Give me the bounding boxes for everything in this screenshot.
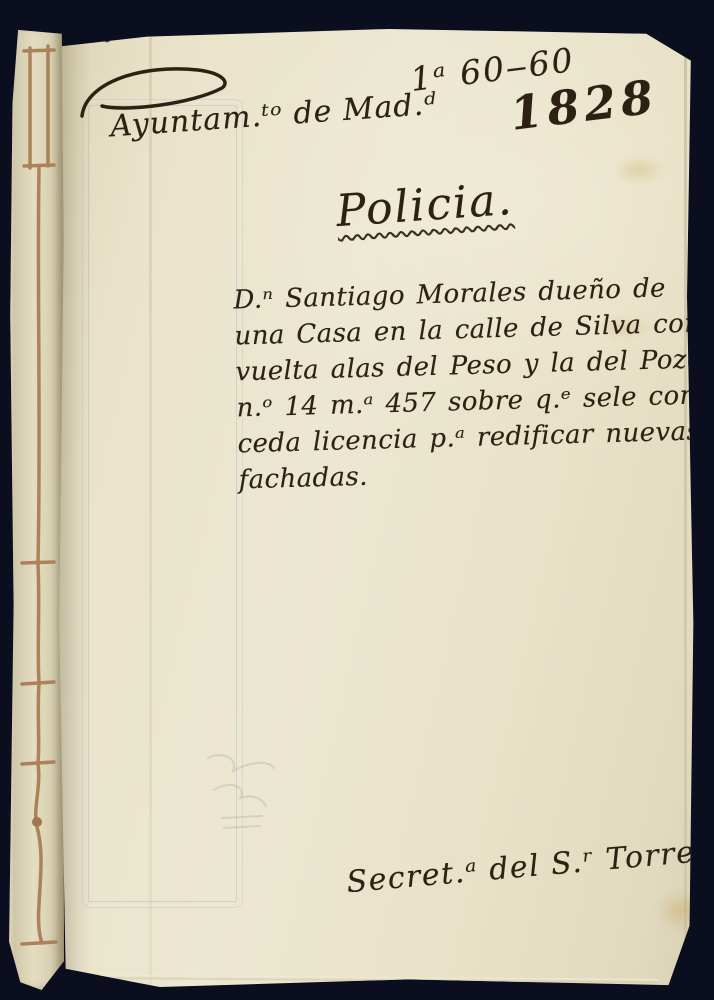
section-title: Policia. bbox=[334, 174, 515, 237]
binding-spine bbox=[8, 26, 64, 990]
secretary-note: Secret.ᵃ del S.ʳ Torre bbox=[345, 835, 697, 900]
stitch-thread-icon bbox=[8, 26, 64, 990]
manuscript-page: 4570 Ayuntam.ᵗᵒ de Mad.ᵈ 1ᵃ 60‒60 1828 P… bbox=[58, 28, 694, 988]
paper-stain bbox=[656, 890, 708, 932]
scan-background: 4570 Ayuntam.ᵗᵒ de Mad.ᵈ 1ᵃ 60‒60 1828 P… bbox=[0, 0, 714, 1000]
paper-stain bbox=[613, 156, 665, 184]
ink-showthrough bbox=[144, 746, 284, 856]
under-sheet-edge bbox=[98, 975, 658, 983]
petition-text: D.ⁿ Santiago Morales dueño de una Casa e… bbox=[233, 270, 699, 499]
archive-number: 4570 bbox=[64, 27, 116, 50]
